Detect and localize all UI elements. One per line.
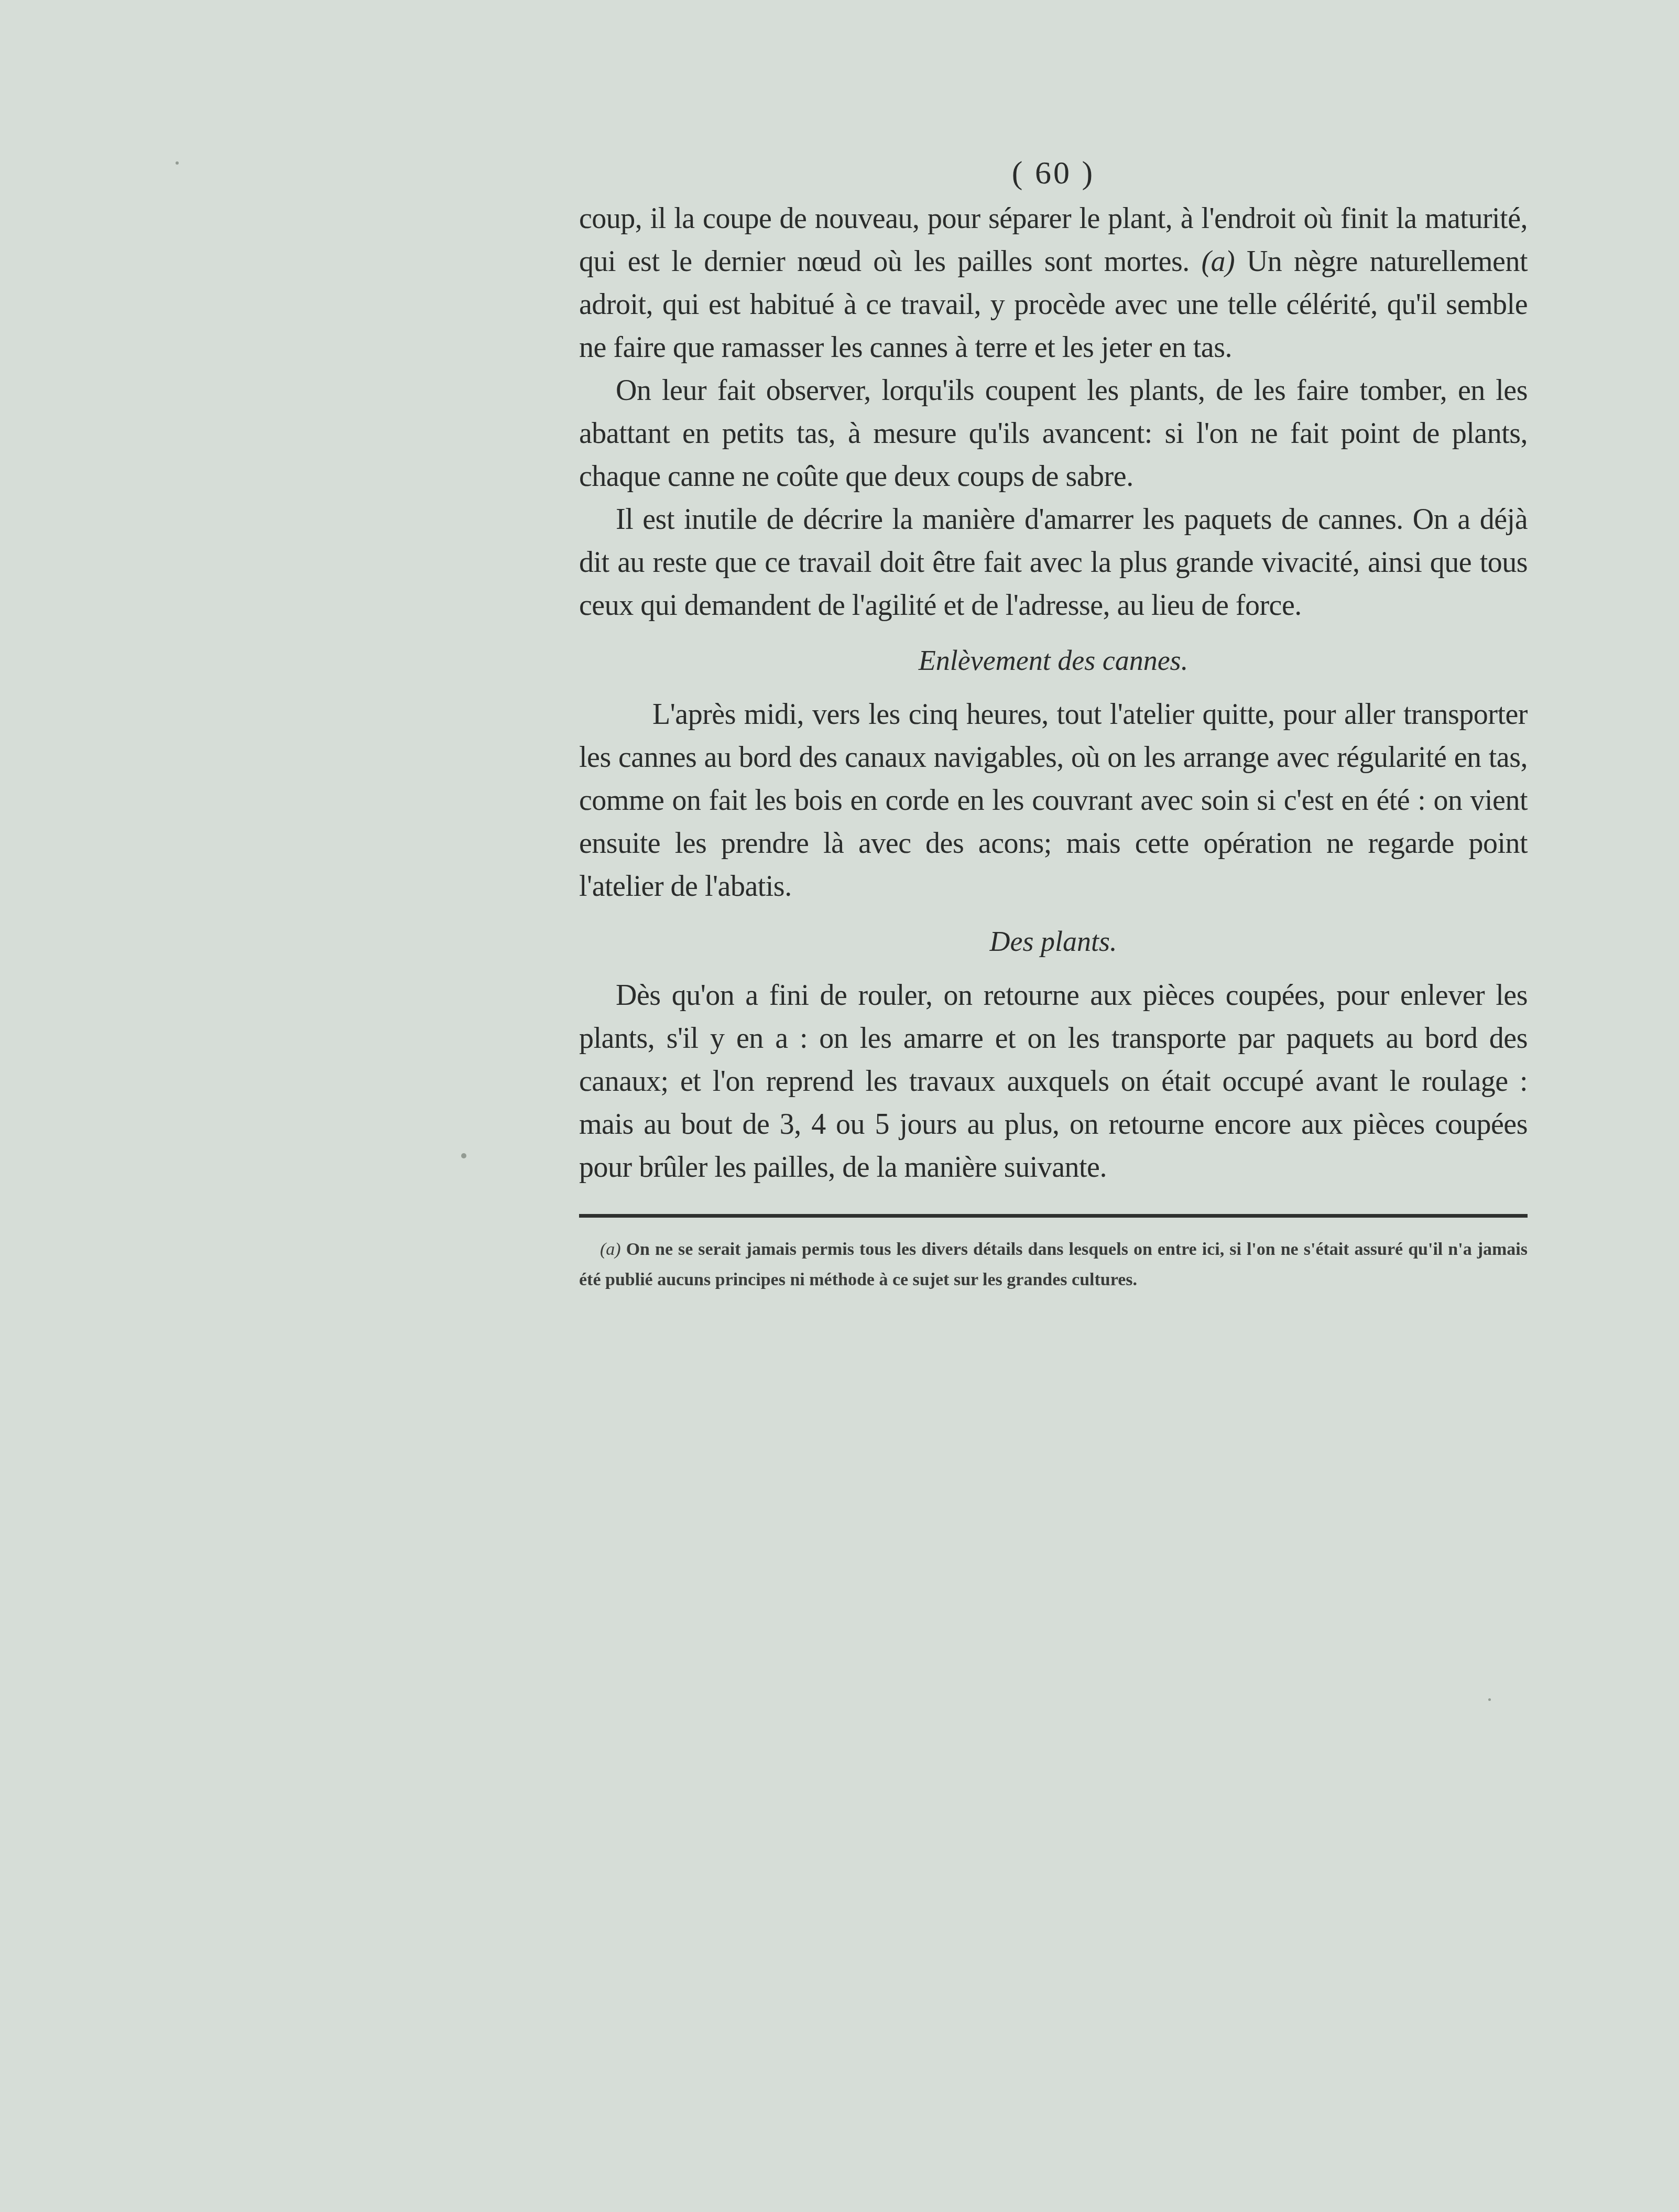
section-heading-enlevement: Enlèvement des cannes. [579, 639, 1528, 681]
footnote-divider [579, 1214, 1528, 1218]
scan-speck [176, 161, 179, 165]
scan-speck [461, 1153, 466, 1158]
footnote-text: On ne se serait jamais permis tous les d… [579, 1240, 1528, 1289]
section-heading-plants: Des plants. [579, 920, 1528, 962]
footnote-marker: (a) [600, 1240, 621, 1259]
footnote-reference[interactable]: (a) [1201, 245, 1235, 278]
scan-speck [1488, 1698, 1491, 1701]
paragraph: On leur fait observer, lorqu'ils coupent… [579, 369, 1528, 498]
page-number: ( 60 ) [579, 152, 1528, 194]
paragraph: L'après midi, vers les cinq heures, tout… [579, 693, 1528, 908]
footnote: (a) On ne se serait jamais permis tous l… [579, 1234, 1528, 1295]
paragraph: Il est inutile de décrire la manière d'a… [579, 498, 1528, 627]
paragraph: Dès qu'on a fini de rouler, on retourne … [579, 974, 1528, 1189]
paragraph-continuation: coup, il la coupe de nouveau, pour sépar… [579, 197, 1528, 369]
body-text: coup, il la coupe de nouveau, pour sépar… [579, 197, 1528, 1189]
book-page: ( 60 ) coup, il la coupe de nouveau, pou… [579, 152, 1528, 1295]
